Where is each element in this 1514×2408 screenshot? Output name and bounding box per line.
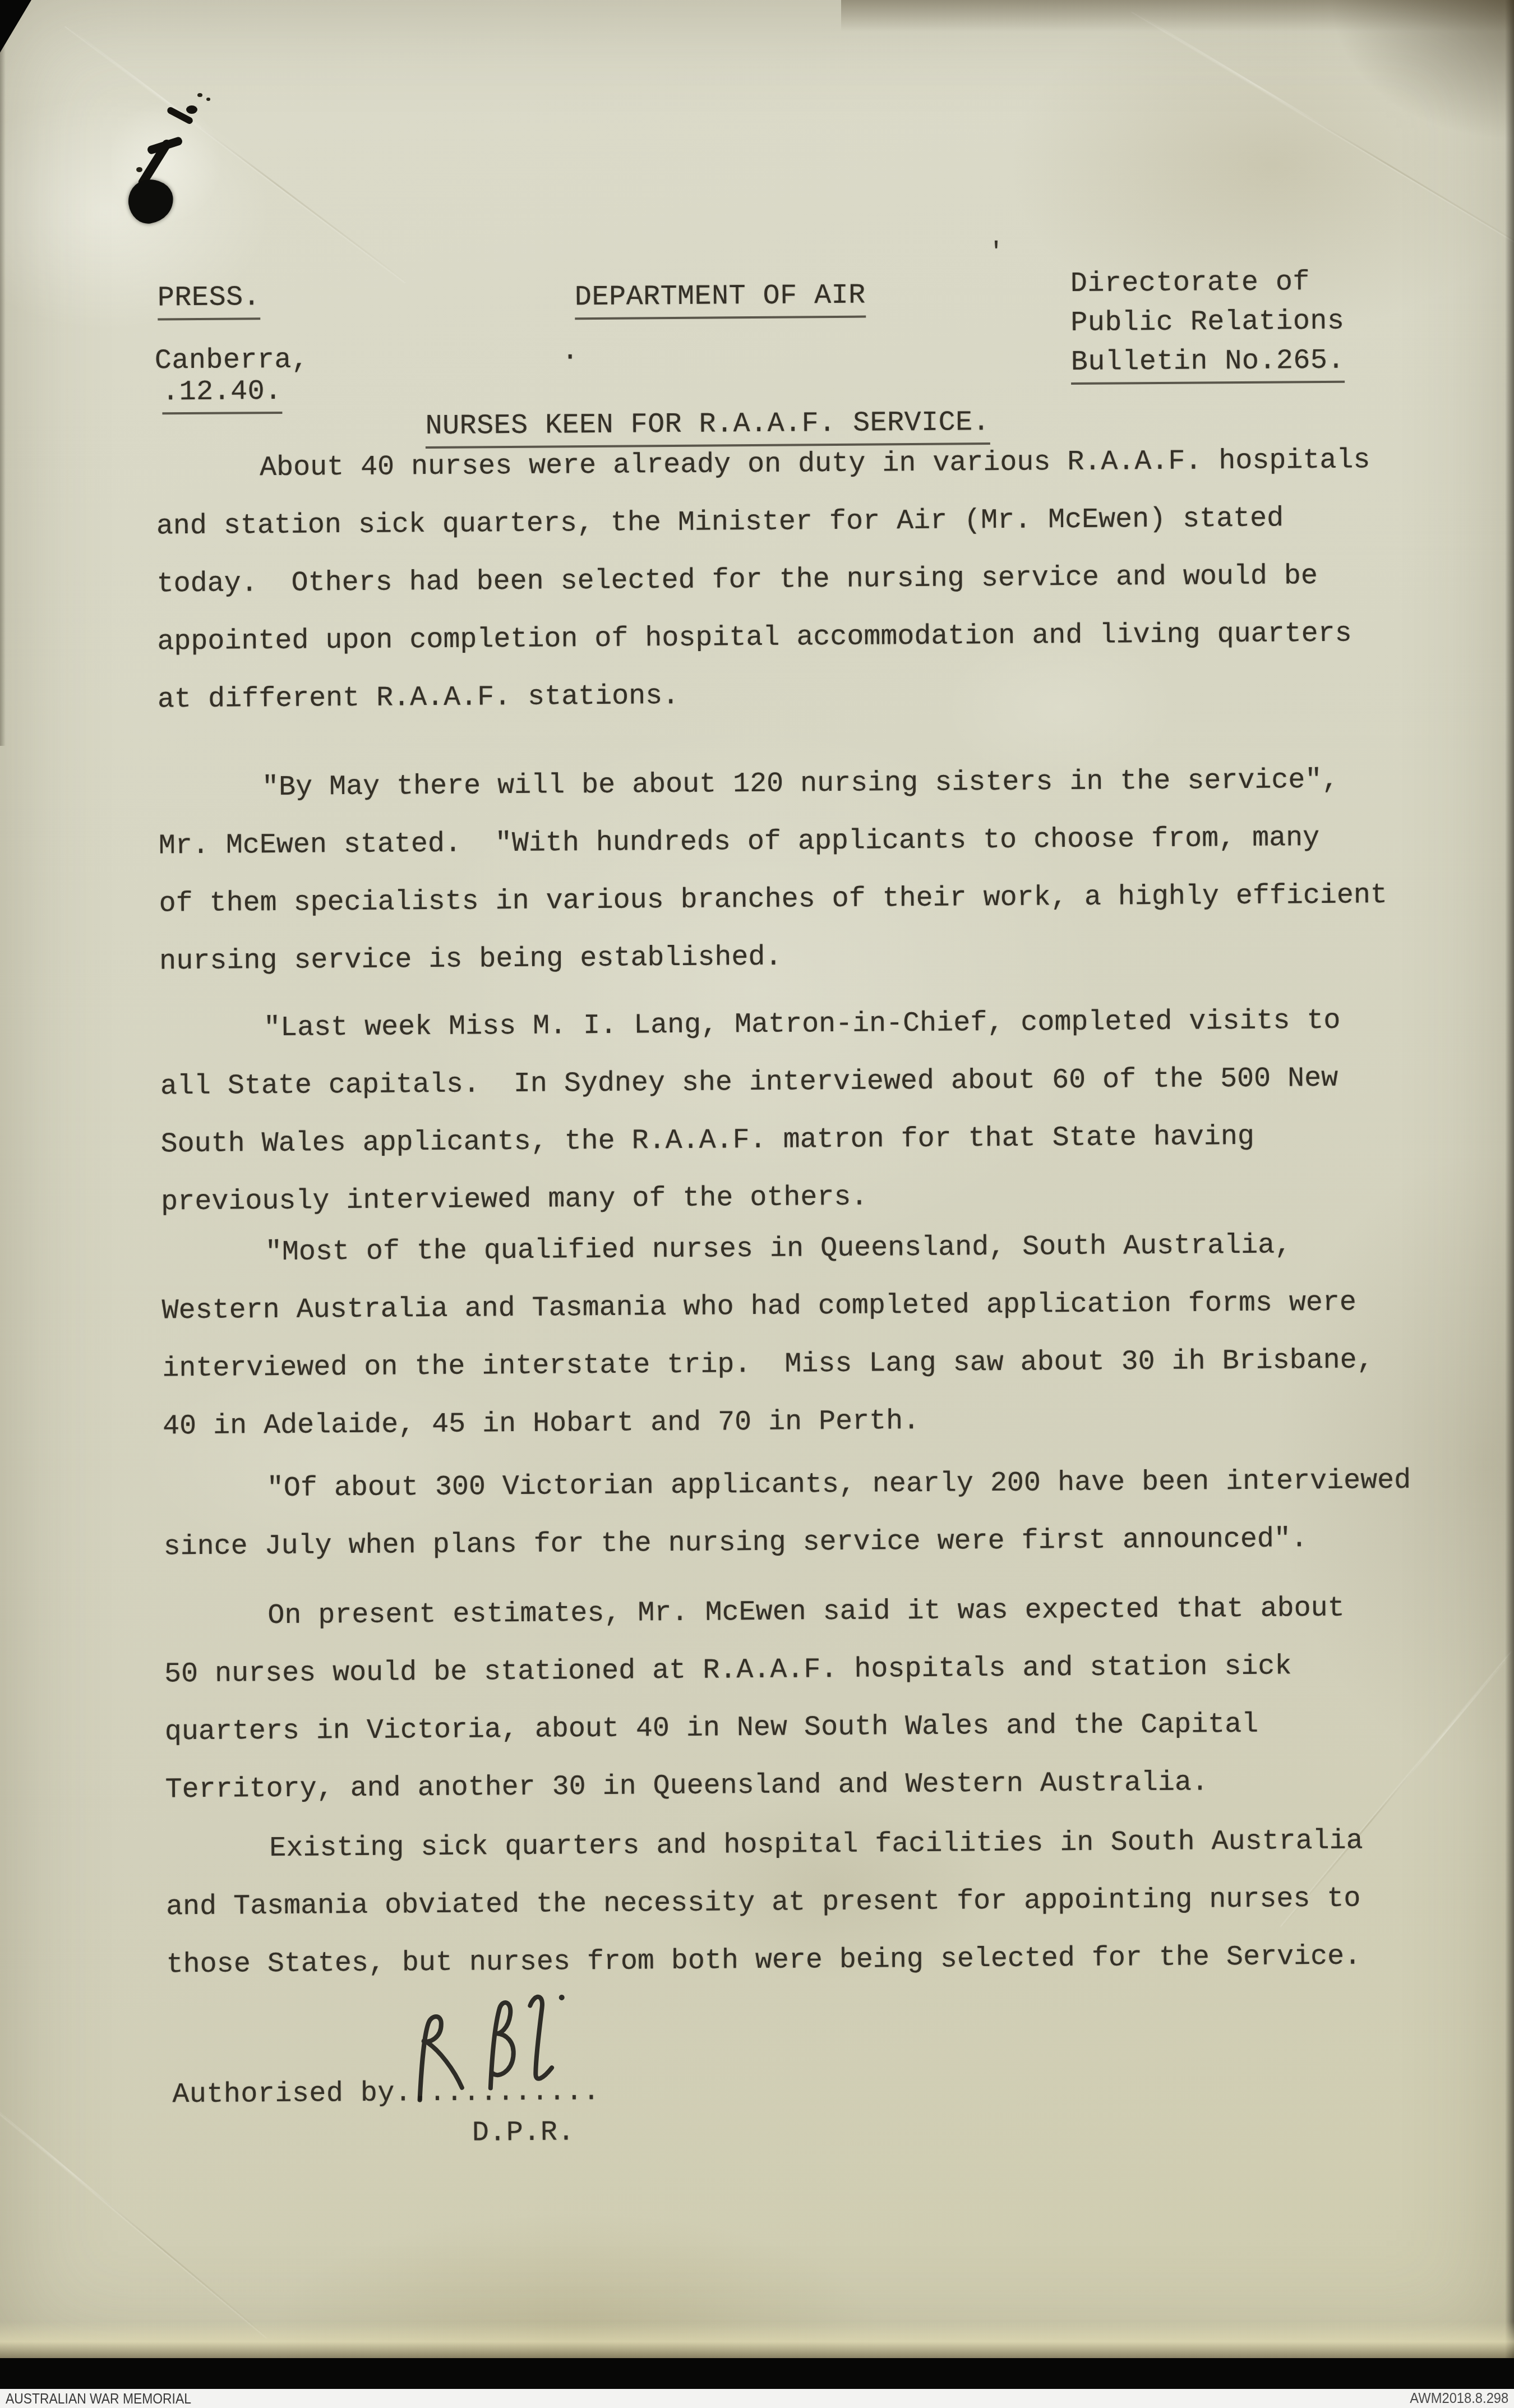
archive-footer-bar: AUSTRALIAN WAR MEMORIAL AWM2018.8.298 bbox=[0, 2389, 1514, 2408]
text-line: "Of about 300 Victorian applicants, near… bbox=[163, 1464, 1470, 1531]
scan-background: PRESS. Canberra, .12.40. DEPARTMENT OF A… bbox=[0, 0, 1514, 2408]
press-label: PRESS. bbox=[158, 282, 260, 314]
page-title: NURSES KEEN FOR R.A.A.F. SERVICE. bbox=[425, 407, 990, 442]
text-line: at different R.A.A.F. stations. bbox=[158, 675, 1465, 741]
text-line: Territory, and another 30 in Queensland … bbox=[165, 1765, 1472, 1832]
paragraph: On present estimates, Mr. McEwen said it… bbox=[164, 1592, 1472, 1832]
paragraph: About 40 nurses were already on duty in … bbox=[156, 444, 1465, 741]
text-line: About 40 nurses were already on duty in … bbox=[156, 444, 1463, 510]
paper-corner-shadow bbox=[1329, 0, 1514, 140]
text-line: and station sick quarters, the Minister … bbox=[156, 501, 1464, 568]
typed-content: PRESS. Canberra, .12.40. DEPARTMENT OF A… bbox=[0, 0, 1514, 2363]
text-line: those States, but nurses from both were … bbox=[167, 1940, 1474, 2006]
paper-edge-shadow bbox=[0, 45, 6, 746]
text-line: "Last week Miss M. I. Lang, Matron-in-Ch… bbox=[160, 1004, 1467, 1071]
text-line: nursing service is being established. bbox=[159, 937, 1466, 1003]
paragraph: "Of about 300 Victorian applicants, near… bbox=[163, 1464, 1470, 1589]
accession-number: AWM2018.8.298 bbox=[1410, 2391, 1508, 2407]
directorate-line: Public Relations bbox=[1070, 306, 1344, 339]
paragraph: "By May there will be about 120 nursing … bbox=[158, 763, 1466, 1003]
signatory-role: D.P.R. bbox=[472, 2116, 575, 2149]
text-line: interviewed on the interstate trip. Miss… bbox=[162, 1344, 1469, 1410]
paragraph: "Most of the qualified nurses in Queensl… bbox=[161, 1228, 1470, 1468]
text-line: today. Others had been selected for the … bbox=[156, 559, 1464, 626]
text-line: quarters in Victoria, about 40 in New So… bbox=[165, 1707, 1472, 1774]
text-line: "By May there will be about 120 nursing … bbox=[158, 763, 1465, 830]
text-line: 50 nurses would be stationed at R.A.A.F.… bbox=[164, 1649, 1471, 1716]
department-title: DEPARTMENT OF AIR bbox=[575, 280, 866, 314]
paragraph: "Last week Miss M. I. Lang, Matron-in-Ch… bbox=[160, 1004, 1468, 1244]
stray-mark: . bbox=[562, 335, 579, 367]
paragraph: Existing sick quarters and hospital faci… bbox=[165, 1824, 1473, 2006]
document-page: PRESS. Canberra, .12.40. DEPARTMENT OF A… bbox=[0, 0, 1514, 2358]
text-line: South Wales applicants, the R.A.A.F. mat… bbox=[160, 1119, 1467, 1186]
paper-edge-highlight bbox=[0, 2322, 1514, 2358]
text-line: Mr. McEwen stated. "With hundreds of app… bbox=[159, 821, 1466, 888]
paper-edge-shadow bbox=[1505, 0, 1514, 2358]
stray-mark: ' bbox=[989, 238, 1004, 266]
text-line: "Most of the qualified nurses in Queensl… bbox=[161, 1228, 1469, 1295]
directorate-line: Directorate of bbox=[1070, 266, 1310, 300]
bulletin-number: Bulletin No.265. bbox=[1071, 345, 1345, 379]
text-line: On present estimates, Mr. McEwen said it… bbox=[164, 1592, 1471, 1658]
text-line: of them specialists in various branches … bbox=[159, 879, 1466, 945]
date-line: .12.40. bbox=[162, 376, 282, 408]
text-line: Western Australia and Tasmania who had c… bbox=[161, 1286, 1469, 1353]
place-line: Canberra, bbox=[155, 344, 309, 377]
text-line: appointed upon completion of hospital ac… bbox=[157, 617, 1464, 684]
text-line: all State capitals. In Sydney she interv… bbox=[160, 1062, 1467, 1128]
text-line: since July when plans for the nursing se… bbox=[163, 1522, 1470, 1589]
archive-name: AUSTRALIAN WAR MEMORIAL bbox=[6, 2390, 191, 2407]
text-line: and Tasmania obviated the necessity at p… bbox=[166, 1882, 1473, 1949]
text-line: Existing sick quarters and hospital faci… bbox=[165, 1824, 1473, 1891]
text-line: 40 in Adelaide, 45 in Hobart and 70 in P… bbox=[163, 1401, 1470, 1468]
